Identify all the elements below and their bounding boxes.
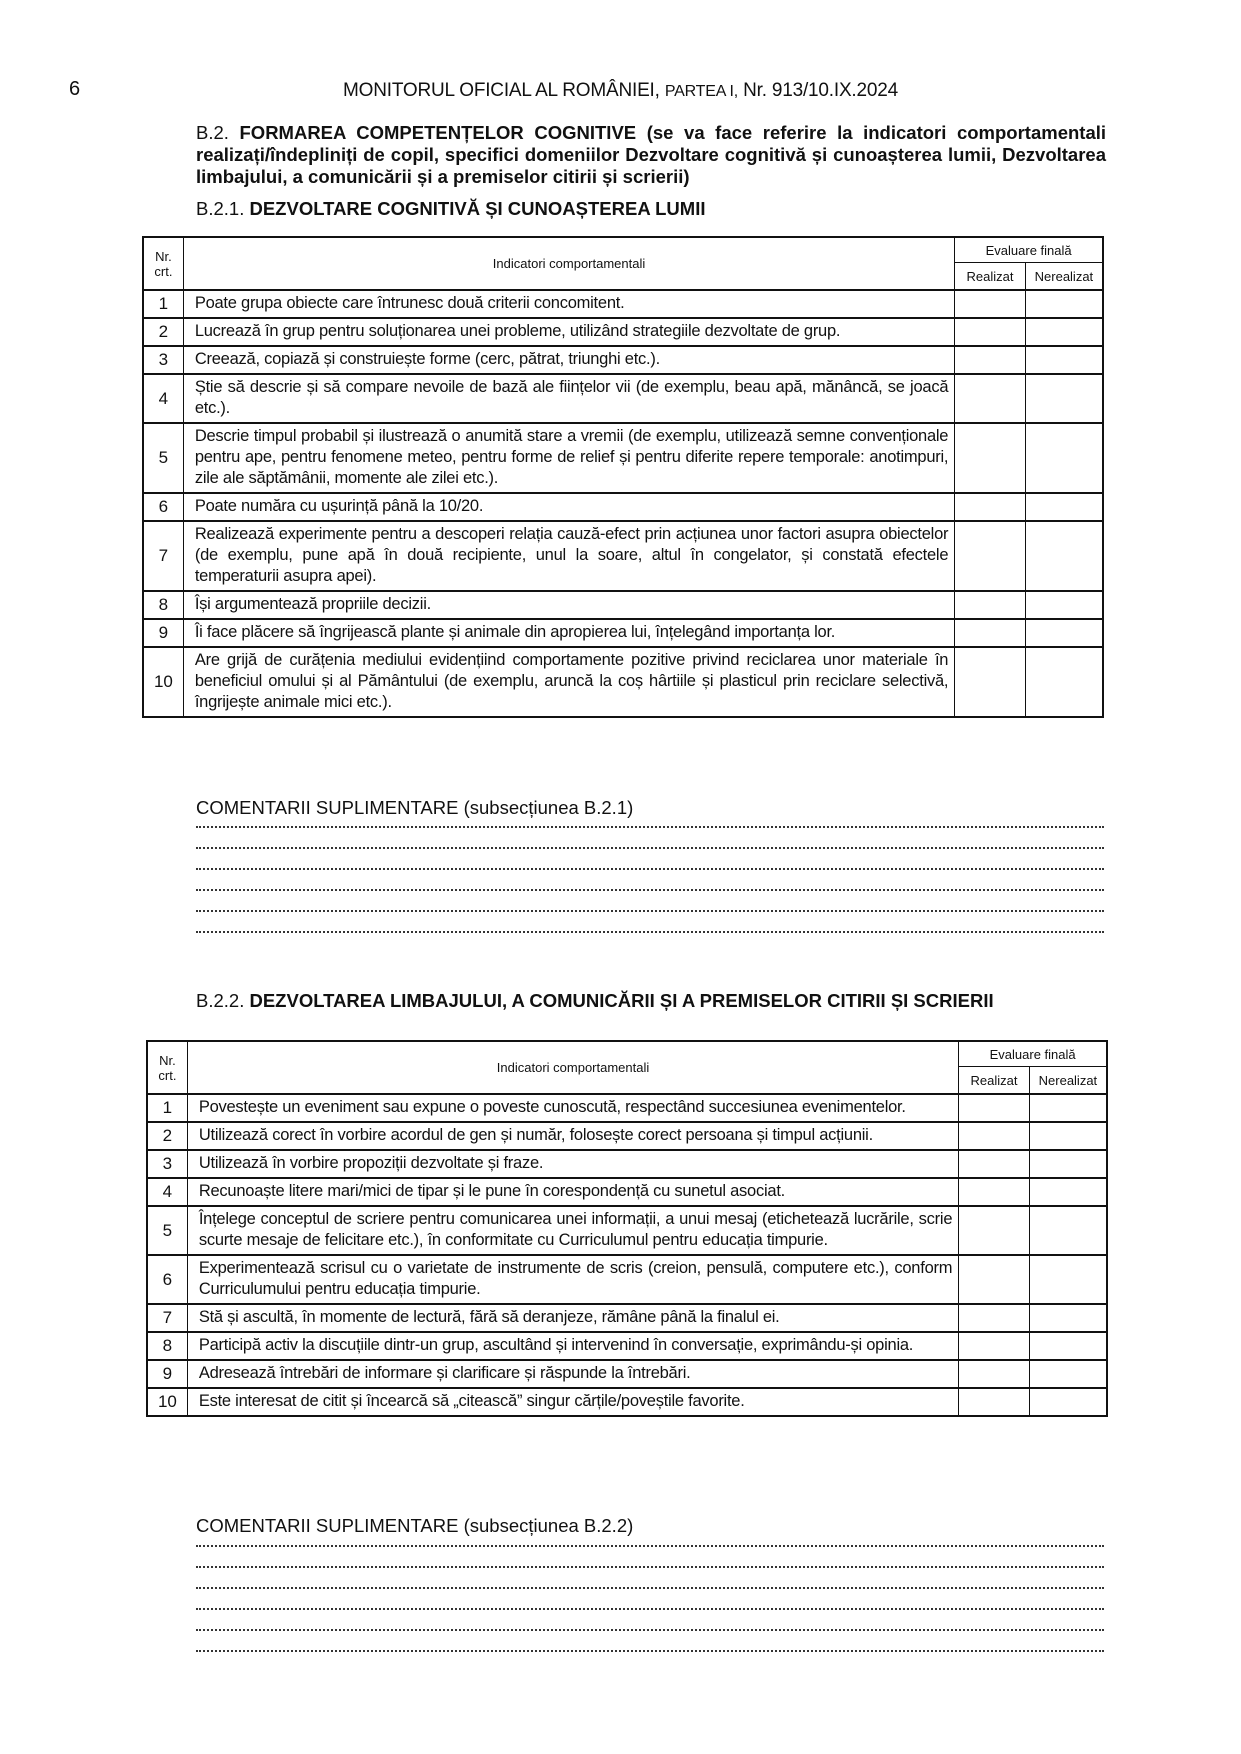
indicator-text: Experimentează scrisul cu o varietate de… <box>187 1255 958 1304</box>
row-number: 5 <box>147 1206 187 1255</box>
b22-indicators-table: Nr.crt. Indicatori comportamentali Evalu… <box>146 1040 1108 1417</box>
subsection-b21-title: DEZVOLTARE COGNITIVĂ ȘI CUNOAȘTEREA LUMI… <box>249 198 705 219</box>
table-row: 9Îi face plăcere să îngrijească plante ș… <box>143 619 1103 647</box>
section-b2-title: FORMAREA COMPETENȚELOR COGNITIVE <box>240 122 637 143</box>
nerealizat-cell[interactable] <box>1029 1360 1107 1388</box>
row-number: 8 <box>143 591 183 619</box>
indicator-text: Este interesat de citit și încearcă să „… <box>187 1388 958 1416</box>
realizat-cell[interactable] <box>959 1206 1030 1255</box>
table-row: 10Are grijă de curățenia mediului eviden… <box>143 647 1103 717</box>
col-header-nr: Nr.crt. <box>147 1041 187 1094</box>
row-number: 2 <box>147 1122 187 1150</box>
table-row: 4Recunoaște litere mari/mici de tipar și… <box>147 1178 1107 1206</box>
comment-line[interactable] <box>196 825 1104 828</box>
nerealizat-cell[interactable] <box>1025 591 1103 619</box>
comment-line[interactable] <box>196 1607 1104 1610</box>
nerealizat-cell[interactable] <box>1025 647 1103 717</box>
table-row: 1Poate grupa obiecte care întrunesc două… <box>143 290 1103 318</box>
realizat-cell[interactable] <box>955 290 1026 318</box>
realizat-cell[interactable] <box>955 521 1026 591</box>
realizat-cell[interactable] <box>955 647 1026 717</box>
realizat-cell[interactable] <box>955 619 1026 647</box>
nerealizat-cell[interactable] <box>1029 1206 1107 1255</box>
comment-line[interactable] <box>196 1586 1104 1589</box>
nerealizat-cell[interactable] <box>1025 346 1103 374</box>
nerealizat-cell[interactable] <box>1025 423 1103 493</box>
comment-line[interactable] <box>196 888 1104 891</box>
col-header-final-evaluation: Evaluare finală <box>959 1041 1107 1067</box>
nerealizat-cell[interactable] <box>1025 290 1103 318</box>
publication-name: MONITORUL OFICIAL AL ROMÂNIEI, <box>343 80 660 101</box>
section-b2-intro: B.2. FORMAREA COMPETENȚELOR COGNITIVE (s… <box>146 122 1106 188</box>
realizat-cell[interactable] <box>959 1304 1030 1332</box>
comment-line[interactable] <box>196 867 1104 870</box>
comment-line[interactable] <box>196 846 1104 849</box>
b21-indicators-table: Nr.crt. Indicatori comportamentali Evalu… <box>142 236 1104 718</box>
nerealizat-cell[interactable] <box>1025 318 1103 346</box>
table-row: 2Lucrează în grup pentru soluționarea un… <box>143 318 1103 346</box>
subsection-b21-heading: B.2.1. DEZVOLTARE COGNITIVĂ ȘI CUNOAȘTER… <box>196 198 705 220</box>
nerealizat-cell[interactable] <box>1029 1094 1107 1122</box>
col-header-realizat: Realizat <box>959 1067 1030 1095</box>
indicator-text: Poate număra cu ușurință până la 10/20. <box>183 493 954 521</box>
col-header-indicators: Indicatori comportamentali <box>187 1041 958 1094</box>
row-number: 4 <box>143 374 183 423</box>
comment-line[interactable] <box>196 1649 1104 1652</box>
subsection-b22-title: DEZVOLTAREA LIMBAJULUI, A COMUNICĂRII ȘI… <box>249 990 993 1011</box>
table-row: 2Utilizează corect în vorbire acordul de… <box>147 1122 1107 1150</box>
nerealizat-cell[interactable] <box>1029 1150 1107 1178</box>
indicator-text: Creează, copiază și construiește forme (… <box>183 346 954 374</box>
indicator-text: Lucrează în grup pentru soluționarea une… <box>183 318 954 346</box>
indicator-text: Îi face plăcere să îngrijească plante și… <box>183 619 954 647</box>
realizat-cell[interactable] <box>959 1122 1030 1150</box>
row-number: 4 <box>147 1178 187 1206</box>
indicator-text: Înțelege conceptul de scriere pentru com… <box>187 1206 958 1255</box>
realizat-cell[interactable] <box>959 1332 1030 1360</box>
row-number: 7 <box>147 1304 187 1332</box>
realizat-cell[interactable] <box>959 1150 1030 1178</box>
subsection-b22-code: B.2.2. <box>196 990 244 1011</box>
nerealizat-cell[interactable] <box>1029 1255 1107 1304</box>
indicator-text: Recunoaște litere mari/mici de tipar și … <box>187 1178 958 1206</box>
row-number: 6 <box>147 1255 187 1304</box>
row-number: 9 <box>143 619 183 647</box>
subsection-b21-code: B.2.1. <box>196 198 244 219</box>
table-row: 8Participă activ la discuțiile dintr-un … <box>147 1332 1107 1360</box>
realizat-cell[interactable] <box>955 423 1026 493</box>
indicator-text: Adresează întrebări de informare și clar… <box>187 1360 958 1388</box>
col-header-realizat: Realizat <box>955 263 1026 291</box>
col-header-indicators: Indicatori comportamentali <box>183 237 954 290</box>
nerealizat-cell[interactable] <box>1025 521 1103 591</box>
nerealizat-cell[interactable] <box>1029 1178 1107 1206</box>
realizat-cell[interactable] <box>955 346 1026 374</box>
table-row: 8Își argumentează propriile decizii. <box>143 591 1103 619</box>
col-header-nr: Nr.crt. <box>143 237 183 290</box>
indicator-text: Are grijă de curățenia mediului evidenți… <box>183 647 954 717</box>
comment-line[interactable] <box>196 930 1104 933</box>
row-number: 10 <box>147 1388 187 1416</box>
nerealizat-cell[interactable] <box>1029 1122 1107 1150</box>
table-row: 5Descrie timpul probabil și ilustrează o… <box>143 423 1103 493</box>
nerealizat-cell[interactable] <box>1029 1304 1107 1332</box>
realizat-cell[interactable] <box>959 1388 1030 1416</box>
comment-line[interactable] <box>196 1544 1104 1547</box>
row-number: 1 <box>143 290 183 318</box>
running-header: MONITORUL OFICIAL AL ROMÂNIEI, PARTEA I,… <box>0 80 1241 102</box>
row-number: 5 <box>143 423 183 493</box>
nerealizat-cell[interactable] <box>1025 374 1103 423</box>
table-row: 6Experimentează scrisul cu o varietate d… <box>147 1255 1107 1304</box>
col-header-nerealizat: Nerealizat <box>1025 263 1103 291</box>
row-number: 3 <box>147 1150 187 1178</box>
table-row: 6Poate număra cu ușurință până la 10/20. <box>143 493 1103 521</box>
indicator-text: Realizează experimente pentru a descoper… <box>183 521 954 591</box>
realizat-cell[interactable] <box>955 591 1026 619</box>
indicator-text: Participă activ la discuțiile dintr-un g… <box>187 1332 958 1360</box>
indicator-text: Știe să descrie și să compare nevoile de… <box>183 374 954 423</box>
indicator-text: Utilizează corect în vorbire acordul de … <box>187 1122 958 1150</box>
indicator-text: Stă și ascultă, în momente de lectură, f… <box>187 1304 958 1332</box>
realizat-cell[interactable] <box>955 374 1026 423</box>
comment-line[interactable] <box>196 1565 1104 1568</box>
table-row: 7Realizează experimente pentru a descope… <box>143 521 1103 591</box>
realizat-cell[interactable] <box>959 1094 1030 1122</box>
col-header-final-evaluation: Evaluare finală <box>955 237 1103 263</box>
indicator-text: Utilizează în vorbire propoziții dezvolt… <box>187 1150 958 1178</box>
section-b2-code: B.2. <box>196 122 229 143</box>
b22-comments-title: COMENTARII SUPLIMENTARE (subsecțiunea B.… <box>196 1515 633 1537</box>
row-number: 3 <box>143 346 183 374</box>
nerealizat-cell[interactable] <box>1029 1332 1107 1360</box>
indicator-text: Își argumentează propriile decizii. <box>183 591 954 619</box>
b21-comments-title: COMENTARII SUPLIMENTARE (subsecțiunea B.… <box>196 797 633 819</box>
realizat-cell[interactable] <box>959 1255 1030 1304</box>
table-row: 5Înțelege conceptul de scriere pentru co… <box>147 1206 1107 1255</box>
realizat-cell[interactable] <box>955 318 1026 346</box>
row-number: 7 <box>143 521 183 591</box>
nerealizat-cell[interactable] <box>1025 493 1103 521</box>
realizat-cell[interactable] <box>955 493 1026 521</box>
realizat-cell[interactable] <box>959 1360 1030 1388</box>
publication-part: PARTEA I, <box>665 83 738 100</box>
table-row: 4Știe să descrie și să compare nevoile d… <box>143 374 1103 423</box>
col-header-nerealizat: Nerealizat <box>1029 1067 1107 1095</box>
row-number: 1 <box>147 1094 187 1122</box>
realizat-cell[interactable] <box>959 1178 1030 1206</box>
row-number: 6 <box>143 493 183 521</box>
subsection-b22-heading: B.2.2. DEZVOLTAREA LIMBAJULUI, A COMUNIC… <box>196 990 994 1012</box>
table-row: 1Povestește un eveniment sau expune o po… <box>147 1094 1107 1122</box>
table-row: 7Stă și ascultă, în momente de lectură, … <box>147 1304 1107 1332</box>
comment-line[interactable] <box>196 909 1104 912</box>
table-row: 3Creează, copiază și construiește forme … <box>143 346 1103 374</box>
row-number: 8 <box>147 1332 187 1360</box>
row-number: 9 <box>147 1360 187 1388</box>
table-row: 10Este interesat de citit și încearcă să… <box>147 1388 1107 1416</box>
nerealizat-cell[interactable] <box>1029 1388 1107 1416</box>
table-row: 9Adresează întrebări de informare și cla… <box>147 1360 1107 1388</box>
table-row: 3Utilizează în vorbire propoziții dezvol… <box>147 1150 1107 1178</box>
indicator-text: Povestește un eveniment sau expune o pov… <box>187 1094 958 1122</box>
indicator-text: Descrie timpul probabil și ilustrează o … <box>183 423 954 493</box>
indicator-text: Poate grupa obiecte care întrunesc două … <box>183 290 954 318</box>
row-number: 10 <box>143 647 183 717</box>
nerealizat-cell[interactable] <box>1025 619 1103 647</box>
row-number: 2 <box>143 318 183 346</box>
publication-issue: Nr. 913/10.IX.2024 <box>743 80 898 101</box>
comment-line[interactable] <box>196 1628 1104 1631</box>
